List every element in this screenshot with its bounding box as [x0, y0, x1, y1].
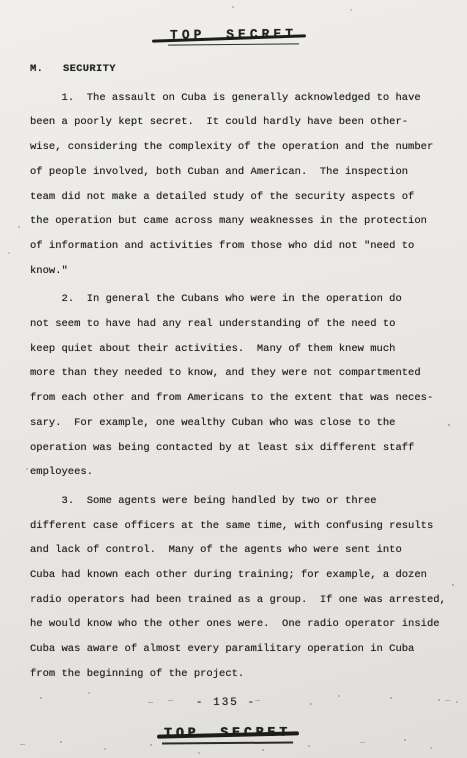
paragraph-2: 2. In general the Cubans who were in the… — [30, 287, 464, 485]
page-number: - 135 - — [0, 697, 452, 709]
scanned-document-page: TOP SECRET M. SECURITY 1. The assault on… — [0, 0, 467, 758]
paragraph-3: 3. Some agents were being handled by two… — [30, 489, 464, 687]
scan-noise-dashes — [0, 0, 5, 1]
paragraph-1: 1. The assault on Cuba is generally ackn… — [30, 86, 464, 284]
section-heading: M. SECURITY — [30, 57, 464, 82]
typed-body: M. SECURITY 1. The assault on Cuba is ge… — [30, 57, 464, 687]
